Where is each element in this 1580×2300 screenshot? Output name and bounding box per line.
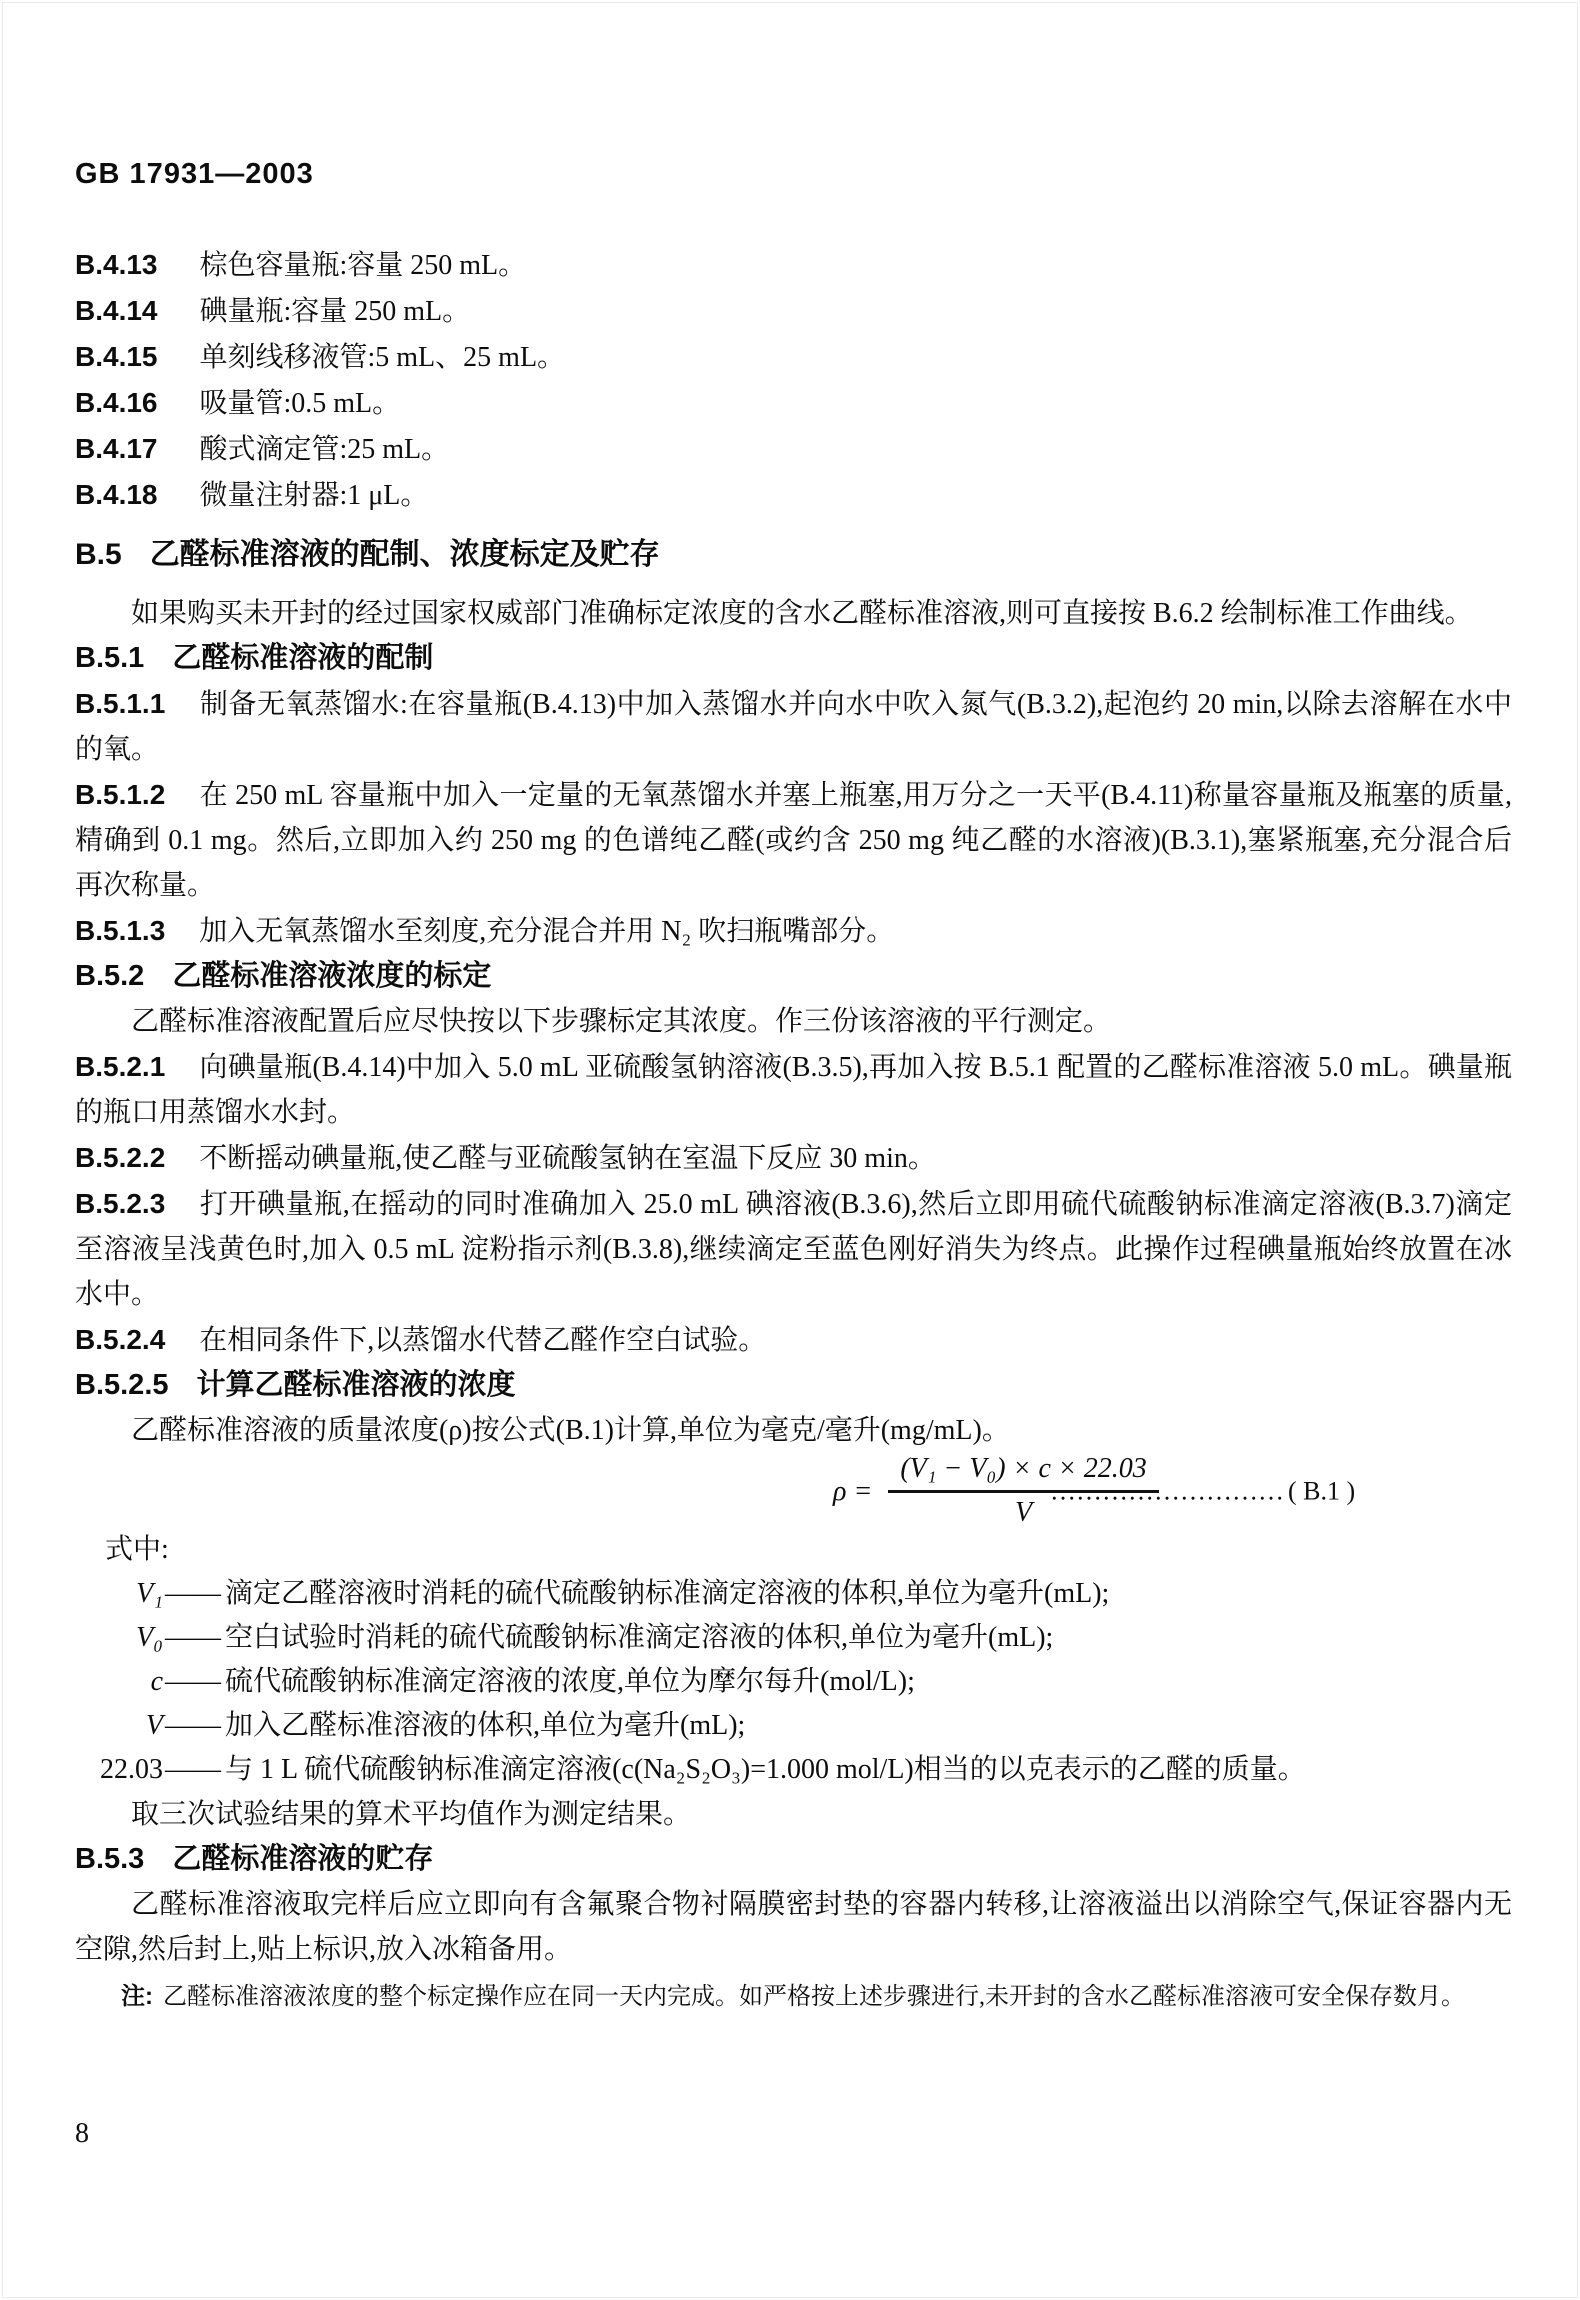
apparatus-item: B.4.14碘量瓶:容量 250 mL。 (75, 288, 1512, 334)
definition-desc: 硫代硫酸钠标准滴定溶液的浓度,单位为摩尔每升(mol/L); (225, 1660, 1512, 1704)
clause-paragraph: B.5.1.3加入无氧蒸馏水至刻度,充分混合并用 N₂ 吹扫瓶嘴部分。 (75, 908, 1512, 954)
definition-row: V₀ —— 空白试验时消耗的硫代硫酸钠标准滴定溶液的体积,单位为毫升(mL); (75, 1616, 1512, 1660)
section-title: 乙醛标准溶液的配制、浓度标定及贮存 (150, 538, 660, 571)
apparatus-text: 酸式滴定管:25 mL。 (200, 434, 450, 465)
apparatus-text: 吸量管:0.5 mL。 (200, 388, 401, 419)
definition-dash: —— (165, 1748, 221, 1792)
definition-row: V —— 加入乙醛标准溶液的体积,单位为毫升(mL); (75, 1704, 1512, 1748)
standard-number: GB 17931—2003 (75, 156, 1512, 192)
page-content: GB 17931—2003 B.4.13棕色容量瓶:容量 250 mL。 B.4… (75, 0, 1512, 2016)
note: 注: 乙醛标准溶液浓度的整个标定操作应在同一天内完成。如严格按上述步骤进行,未开… (75, 1978, 1512, 2016)
clause-number: B.5.2.3 (75, 1188, 165, 1219)
clause-text: 在相同条件下,以蒸馏水代替乙醛作空白试验。 (199, 1325, 766, 1356)
apparatus-item: B.4.13棕色容量瓶:容量 250 mL。 (75, 242, 1512, 288)
section-number: B.5 (75, 538, 122, 571)
definition-symbol: V (75, 1704, 163, 1748)
clause-number: B.5.1.3 (75, 915, 165, 946)
section-title: 乙醛标准溶液的配制 (172, 642, 433, 674)
equation-ref: ………………………( B.1 ) (1050, 1469, 1355, 1514)
clause-paragraph: B.5.1.1制备无氧蒸馏水:在容量瓶(B.4.13)中加入蒸馏水并向水中吹入氮… (75, 681, 1512, 772)
note-label: 注: (121, 1978, 153, 2016)
apparatus-item: B.4.17酸式滴定管:25 mL。 (75, 426, 1512, 472)
clause-paragraph: B.5.2.3打开碘量瓶,在摇动的同时准确加入 25.0 mL 碘溶液(B.3.… (75, 1181, 1512, 1317)
section-heading-b5: B.5乙醛标准溶液的配制、浓度标定及贮存 (75, 532, 1512, 577)
page-number: 8 (75, 2118, 89, 2150)
definition-symbol: c (75, 1660, 163, 1704)
definition-dash: —— (165, 1572, 221, 1616)
equation-number: ( B.1 ) (1288, 1477, 1355, 1506)
clause-paragraph: B.5.2.1向碘量瓶(B.4.14)中加入 5.0 mL 亚硫酸氢钠溶液(B.… (75, 1044, 1512, 1135)
clause-number: B.4.13 (75, 249, 158, 280)
apparatus-text: 棕色容量瓶:容量 250 mL。 (200, 250, 527, 281)
definition-row: 22.03 —— 与 1 L 硫代硫酸钠标准滴定溶液(c(Na₂S₂O₃)=1.… (75, 1748, 1512, 1792)
apparatus-text: 单刻线移液管:5 mL、25 mL。 (200, 342, 566, 373)
definition-row: V₁ —— 滴定乙醛溶液时消耗的硫代硫酸钠标准滴定溶液的体积,单位为毫升(mL)… (75, 1572, 1512, 1616)
section-heading-b52: B.5.2乙醛标准溶液浓度的标定 (75, 954, 1512, 999)
paragraph: 乙醛标准溶液的质量浓度(ρ)按公式(B.1)计算,单位为毫克/毫升(mg/mL)… (75, 1408, 1512, 1453)
section-title: 计算乙醛标准溶液的浓度 (197, 1369, 516, 1401)
clause-text: 加入无氧蒸馏水至刻度,充分混合并用 N₂ 吹扫瓶嘴部分。 (199, 916, 894, 947)
clause-paragraph: B.5.1.2在 250 mL 容量瓶中加入一定量的无氧蒸馏水并塞上瓶塞,用万分… (75, 772, 1512, 908)
clause-text: 打开碘量瓶,在摇动的同时准确加入 25.0 mL 碘溶液(B.3.6),然后立即… (75, 1189, 1512, 1310)
formula: ρ = (V₁ − V₀) × c × 22.03 V ………………………( B… (75, 1455, 1512, 1527)
equation-leader-dots: ……………………… (1050, 1477, 1284, 1506)
definition-dash: —— (165, 1616, 221, 1660)
where-label: 式中: (75, 1527, 1512, 1572)
definition-desc: 空白试验时消耗的硫代硫酸钠标准滴定溶液的体积,单位为毫升(mL); (225, 1616, 1512, 1660)
clause-number: B.5.1.1 (75, 688, 165, 719)
clause-text: 不断摇动碘量瓶,使乙醛与亚硫酸氢钠在室温下反应 30 min。 (199, 1143, 936, 1174)
clause-number: B.4.15 (75, 341, 158, 372)
section-number: B.5.1 (75, 642, 144, 674)
definition-desc: 滴定乙醛溶液时消耗的硫代硫酸钠标准滴定溶液的体积,单位为毫升(mL); (225, 1572, 1512, 1616)
apparatus-text: 碘量瓶:容量 250 mL。 (200, 296, 471, 327)
section-number: B.5.2.5 (75, 1369, 169, 1401)
paragraph: 乙醛标准溶液取完样后应立即向有含氟聚合物衬隔膜密封垫的容器内转移,让溶液溢出以消… (75, 1882, 1512, 1972)
section-heading-b53: B.5.3乙醛标准溶液的贮存 (75, 1837, 1512, 1882)
definition-desc: 加入乙醛标准溶液的体积,单位为毫升(mL); (225, 1704, 1512, 1748)
section-number: B.5.2 (75, 960, 144, 992)
definition-dash: —— (165, 1704, 221, 1748)
clause-number: B.5.2.2 (75, 1142, 165, 1173)
apparatus-item: B.4.16吸量管:0.5 mL。 (75, 380, 1512, 426)
apparatus-item: B.4.18微量注射器:1 μL。 (75, 472, 1512, 518)
definition-row: c —— 硫代硫酸钠标准滴定溶液的浓度,单位为摩尔每升(mol/L); (75, 1660, 1512, 1704)
section-heading-b51: B.5.1乙醛标准溶液的配制 (75, 636, 1512, 681)
clause-paragraph: B.5.2.4在相同条件下,以蒸馏水代替乙醛作空白试验。 (75, 1317, 1512, 1363)
clause-number: B.5.1.2 (75, 779, 165, 810)
definition-desc: 与 1 L 硫代硫酸钠标准滴定溶液(c(Na₂S₂O₃)=1.000 mol/L… (225, 1748, 1512, 1792)
note-text: 乙醛标准溶液浓度的整个标定操作应在同一天内完成。如严格按上述步骤进行,未开封的含… (163, 1978, 1512, 2016)
clause-text: 在 250 mL 容量瓶中加入一定量的无氧蒸馏水并塞上瓶塞,用万分之一天平(B.… (75, 780, 1512, 901)
section-title: 乙醛标准溶液浓度的标定 (172, 960, 491, 992)
clause-number: B.5.2.4 (75, 1324, 165, 1355)
clause-text: 向碘量瓶(B.4.14)中加入 5.0 mL 亚硫酸氢钠溶液(B.3.5),再加… (75, 1052, 1512, 1128)
section-number: B.5.3 (75, 1843, 144, 1875)
paragraph: 乙醛标准溶液配置后应尽快按以下步骤标定其浓度。作三份该溶液的平行测定。 (75, 999, 1512, 1044)
definition-dash: —— (165, 1660, 221, 1704)
section-heading-b525: B.5.2.5计算乙醛标准溶液的浓度 (75, 1363, 1512, 1408)
clause-number: B.4.18 (75, 479, 158, 510)
apparatus-item: B.4.15单刻线移液管:5 mL、25 mL。 (75, 334, 1512, 380)
definition-symbol: V₁ (75, 1572, 163, 1616)
clause-number: B.5.2.1 (75, 1051, 165, 1082)
formula-lhs: ρ = (833, 1469, 872, 1514)
clause-paragraph: B.5.2.2不断摇动碘量瓶,使乙醛与亚硫酸氢钠在室温下反应 30 min。 (75, 1135, 1512, 1181)
clause-number: B.4.14 (75, 295, 158, 326)
paragraph: 如果购买未开封的经过国家权威部门准确标定浓度的含水乙醛标准溶液,则可直接按 B.… (75, 591, 1512, 636)
clause-number: B.4.16 (75, 387, 158, 418)
clause-text: 制备无氧蒸馏水:在容量瓶(B.4.13)中加入蒸馏水并向水中吹入氮气(B.3.2… (75, 689, 1512, 765)
apparatus-list: B.4.13棕色容量瓶:容量 250 mL。 B.4.14碘量瓶:容量 250 … (75, 242, 1512, 518)
paragraph: 取三次试验结果的算术平均值作为测定结果。 (75, 1792, 1512, 1837)
section-title: 乙醛标准溶液的贮存 (172, 1843, 433, 1875)
definition-symbol: 22.03 (75, 1748, 163, 1792)
definition-symbol: V₀ (75, 1616, 163, 1660)
document-page: GB 17931—2003 B.4.13棕色容量瓶:容量 250 mL。 B.4… (0, 0, 1580, 2300)
apparatus-text: 微量注射器:1 μL。 (200, 480, 429, 511)
clause-number: B.4.17 (75, 433, 158, 464)
